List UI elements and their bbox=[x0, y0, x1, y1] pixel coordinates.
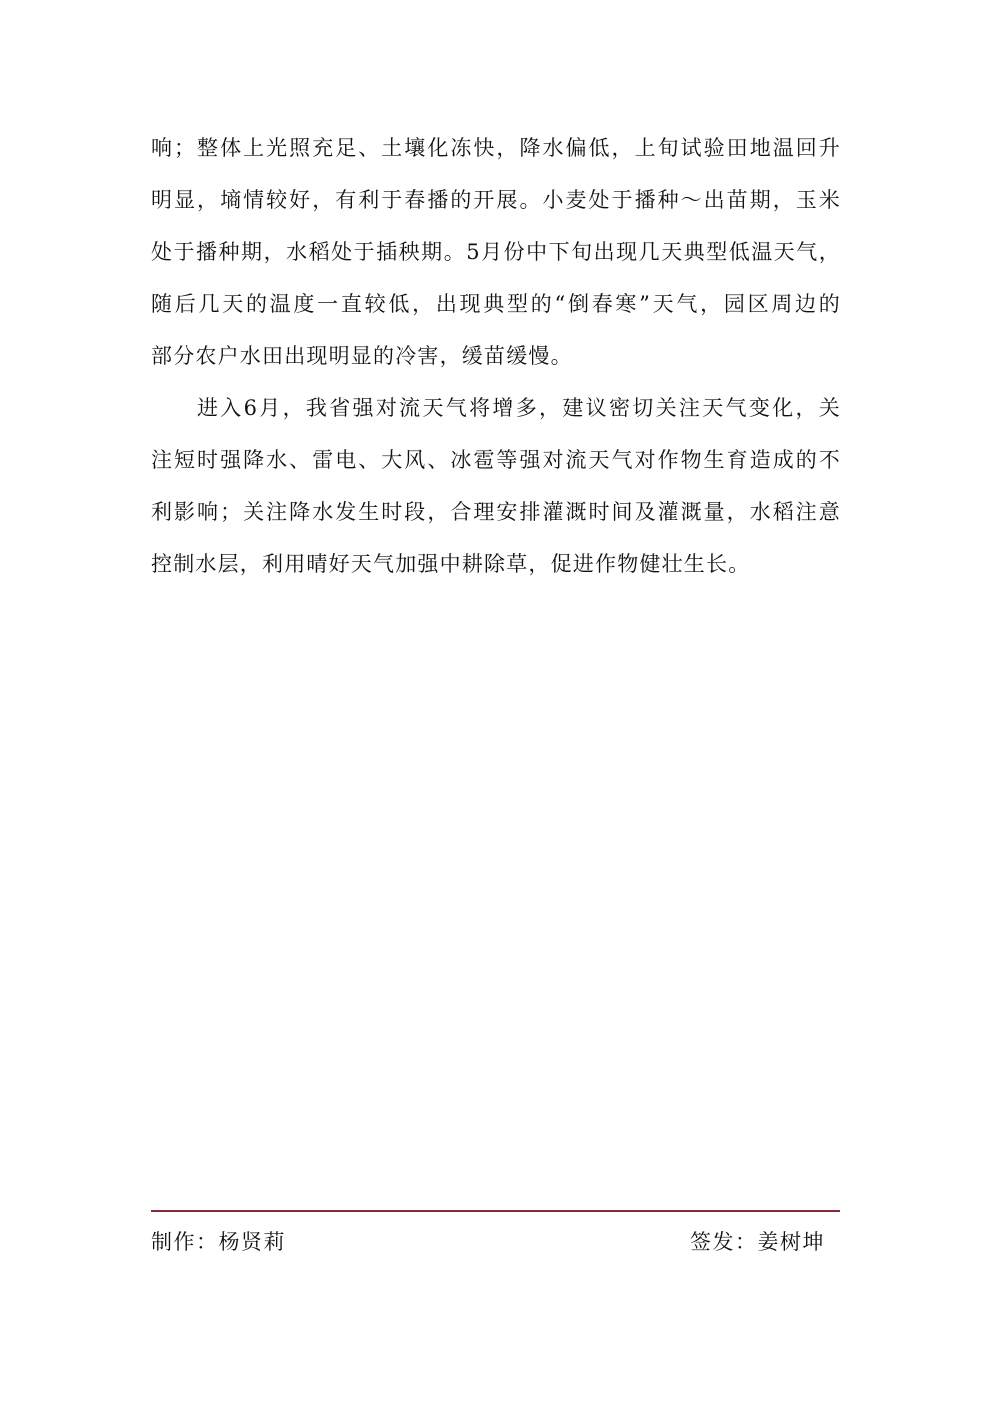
paragraph-1-line-4: 随后几天的温度一直较低，出现典型的“倒春寒”天气，园区周边的 bbox=[151, 284, 841, 324]
footer-divider bbox=[151, 1210, 840, 1212]
paragraph-1-line-3: 处于播种期，水稻处于插秧期。5月份中下旬出现几天典型低温天气， bbox=[151, 232, 841, 272]
paragraph-1-line-2: 明显，墒情较好，有利于春播的开展。小麦处于播种～出苗期，玉米 bbox=[151, 180, 841, 220]
paragraph-2-line-3: 利影响；关注降水发生时段，合理安排灌溉时间及灌溉量，水稻注意 bbox=[151, 492, 841, 532]
made-by-label: 制作：杨贤莉 bbox=[151, 1226, 286, 1258]
paragraph-2-line-2: 注短时强降水、雷电、大风、冰雹等强对流天气对作物生育造成的不 bbox=[151, 440, 841, 480]
paragraph-1-line-1: 响；整体上光照充足、土壤化冻快，降水偏低，上旬试验田地温回升 bbox=[151, 128, 841, 168]
document-page: 响；整体上光照充足、土壤化冻快，降水偏低，上旬试验田地温回升 明显，墒情较好，有… bbox=[0, 0, 992, 1403]
issued-by-label: 签发：姜树坤 bbox=[690, 1226, 825, 1258]
paragraph-1-line-5: 部分农户水田出现明显的冷害，缓苗缓慢。 bbox=[151, 336, 841, 376]
paragraph-2-line-4: 控制水层，利用晴好天气加强中耕除草，促进作物健壮生长。 bbox=[151, 544, 841, 584]
paragraph-2-line-1: 进入6月，我省强对流天气将增多，建议密切关注天气变化，关 bbox=[151, 388, 841, 428]
